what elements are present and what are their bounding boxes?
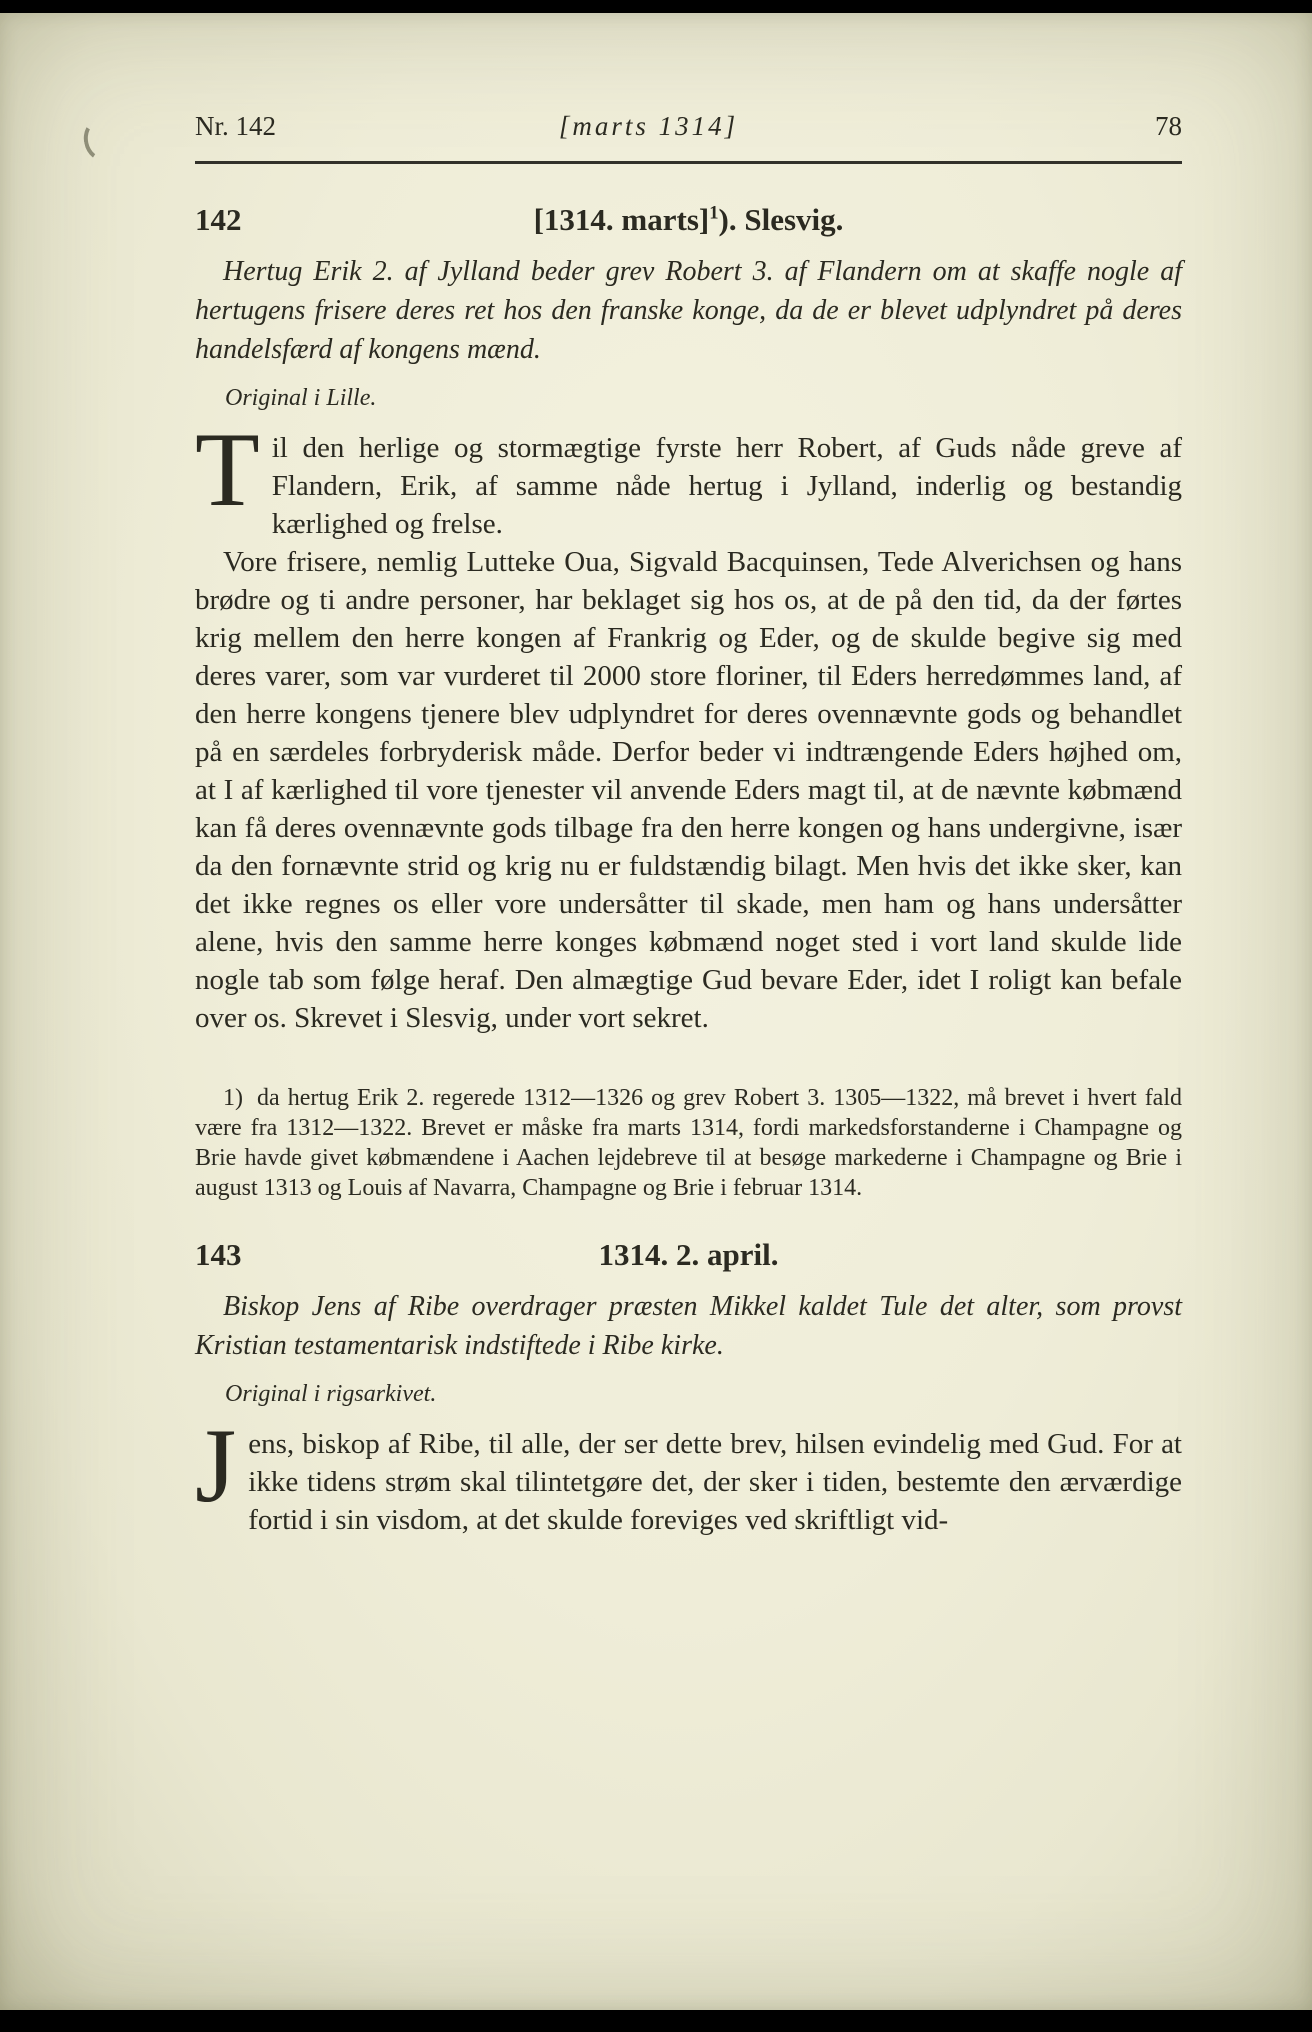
- doc-142-paragraph-1: Til den herlige og stormægtige fyrste he…: [195, 429, 1182, 543]
- doc-142-body: Til den herlige og stormægtige fyrste he…: [195, 429, 1182, 1037]
- header-rule: [195, 161, 1182, 164]
- doc-143-initial: J: [195, 1427, 236, 1503]
- doc-142-date-suffix: ). Slesvig.: [719, 202, 844, 237]
- running-header-center: [marts 1314]: [195, 109, 1102, 143]
- doc-142-footnote-ref: 1: [709, 203, 718, 224]
- doc-142-date-main: [1314. marts]: [534, 202, 710, 237]
- doc-142-initial: T: [195, 431, 260, 507]
- footnote-marker: 1): [223, 1085, 243, 1111]
- doc-142-number: 142: [195, 202, 242, 238]
- doc-143-number: 143: [195, 1237, 242, 1273]
- doc-143-paragraph-1-text: ens, biskop af Ribe, til alle, der ser d…: [248, 1428, 1182, 1536]
- doc-143-date: 1314. 2. april.: [195, 1237, 1182, 1273]
- page-frame-top: [0, 0, 1312, 13]
- page-frame-bottom: [0, 2010, 1312, 2032]
- doc-142-provenance: Original i Lille.: [225, 383, 1182, 413]
- doc-142-paragraph-2: Vore frisere, nemlig Lutteke Oua, Sigval…: [195, 543, 1182, 1037]
- running-header: Nr. 142 [marts 1314] 78: [195, 109, 1182, 143]
- footnote-text: da hertug Erik 2. regerede 1312—1326 og …: [195, 1085, 1182, 1201]
- doc-142-paragraph-1-text: il den herlige og stormægtige fyrste her…: [272, 432, 1182, 540]
- doc-143-paragraph-1: Jens, biskop af Ribe, til alle, der ser …: [195, 1425, 1182, 1539]
- doc-143-heading: 143 1314. 2. april.: [195, 1237, 1182, 1273]
- doc-142-heading: 142 [1314. marts]1). Slesvig.: [195, 202, 1182, 238]
- doc-143-body: Jens, biskop af Ribe, til alle, der ser …: [195, 1425, 1182, 1539]
- doc-143-summary: Biskop Jens af Ribe overdrager præsten M…: [195, 1287, 1182, 1365]
- paper-background: Nr. 142 [marts 1314] 78 142 [1314. marts…: [0, 13, 1312, 2010]
- scanned-book-page: Nr. 142 [marts 1314] 78 142 [1314. marts…: [0, 0, 1312, 2032]
- doc-142-date: [1314. marts]1). Slesvig.: [195, 202, 1182, 238]
- doc-142-summary: Hertug Erik 2. af Jylland beder grev Rob…: [195, 252, 1182, 369]
- doc-142-footnote: 1)da hertug Erik 2. regerede 1312—1326 o…: [195, 1083, 1182, 1203]
- doc-143-provenance: Original i rigsarkivet.: [225, 1379, 1182, 1409]
- page-number: 78: [1155, 109, 1182, 143]
- scan-artifact-mark: [80, 116, 122, 164]
- text-column: Nr. 142 [marts 1314] 78 142 [1314. marts…: [195, 13, 1182, 1539]
